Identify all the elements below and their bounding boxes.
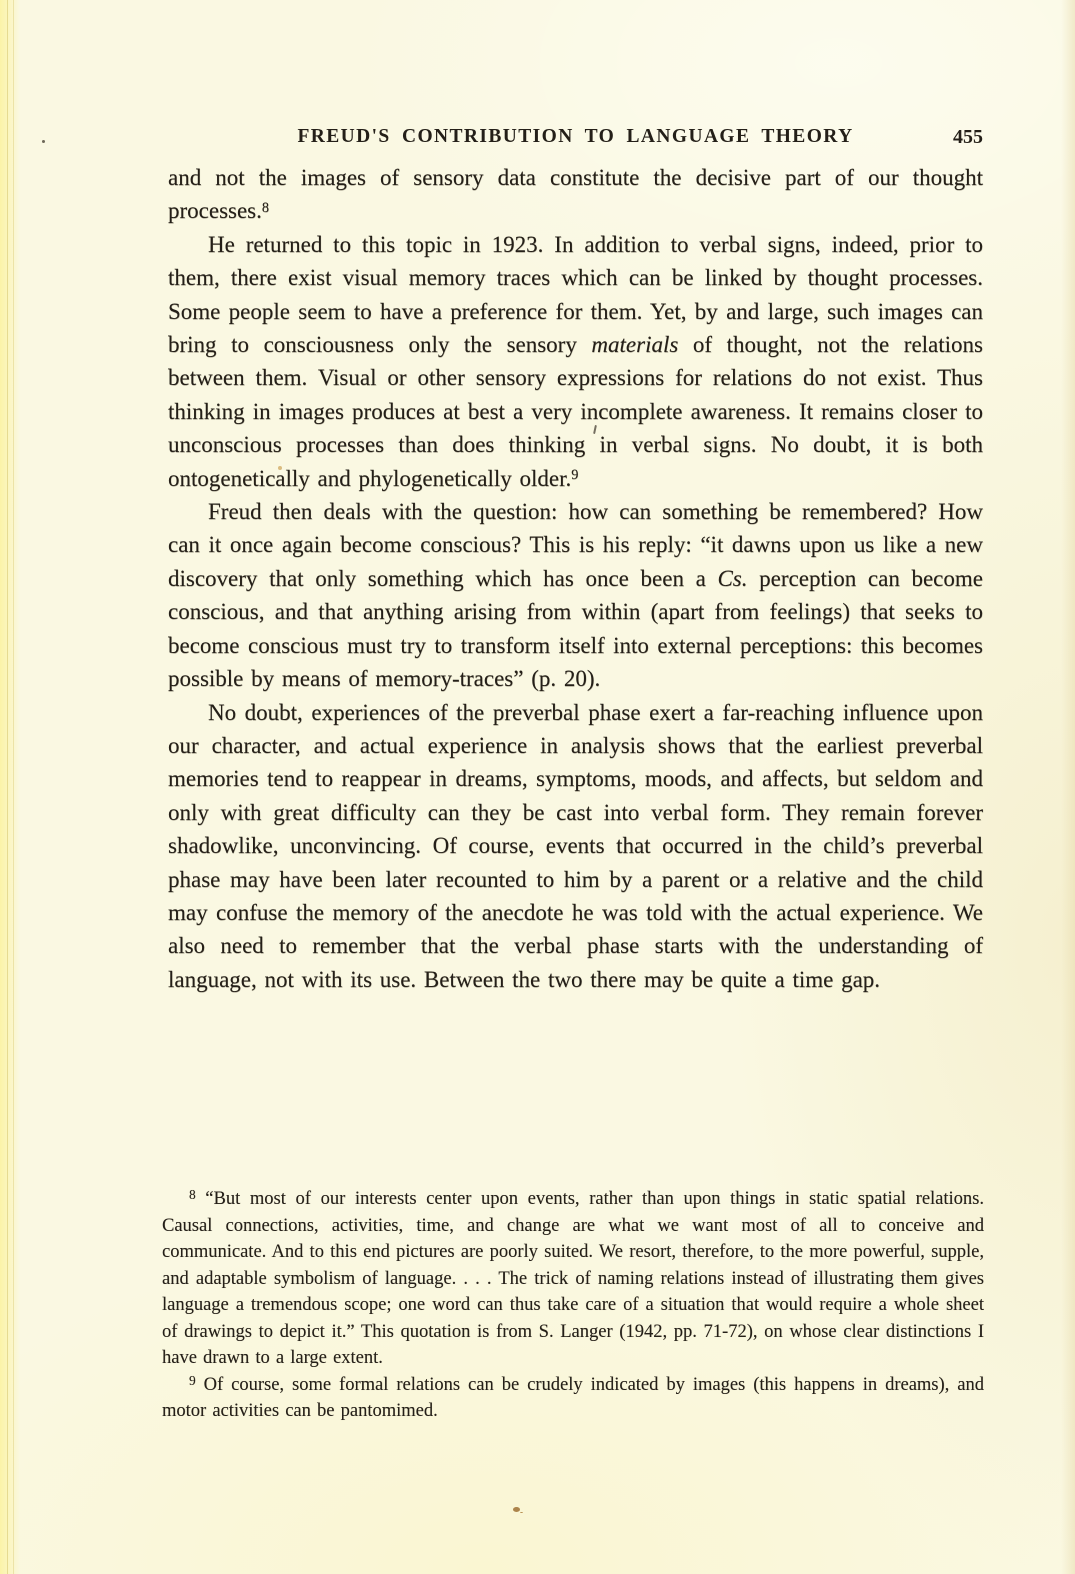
footnote-text: Of course, some formal relations can be … bbox=[162, 1375, 984, 1422]
emphasized-text: Cs. bbox=[717, 566, 747, 591]
page-edge-line bbox=[7, 0, 8, 1574]
page-right-edge bbox=[1061, 0, 1075, 1574]
paragraph: He returned to this topic in 1923. In ad… bbox=[168, 228, 983, 495]
footnote-reference-9: 9 bbox=[571, 467, 578, 483]
footnote: 8 “But most of our interests center upon… bbox=[162, 1186, 984, 1372]
body-text: and not the images of sensory data const… bbox=[168, 161, 983, 996]
paragraph: No doubt, experiences of the preverbal p… bbox=[168, 696, 983, 997]
page-edge-line bbox=[13, 0, 14, 1574]
footnote-number: 9 bbox=[189, 1373, 196, 1388]
stain-speck bbox=[42, 140, 45, 143]
stain-speck bbox=[513, 1507, 520, 1512]
page-left-edge bbox=[0, 0, 20, 1574]
footnote-text: “But most of our interests center upon e… bbox=[162, 1189, 984, 1368]
paragraph: Freud then deals with the question: how … bbox=[168, 495, 983, 695]
footnote: 9 Of course, some formal relations can b… bbox=[162, 1372, 984, 1425]
paragraph-text: No doubt, experiences of the preverbal p… bbox=[168, 700, 983, 992]
footnote-number: 8 bbox=[189, 1187, 196, 1202]
stain-speck bbox=[278, 466, 282, 470]
footnotes-section: 8 “But most of our interests center upon… bbox=[162, 1186, 984, 1425]
page-number: 455 bbox=[168, 126, 983, 149]
paragraph-text: and not the images of sensory data const… bbox=[168, 165, 983, 223]
emphasized-text: materials bbox=[591, 332, 678, 357]
footnote-reference-8: 8 bbox=[262, 200, 269, 216]
scanned-book-page: FREUD'S CONTRIBUTION TO LANGUAGE THEORY … bbox=[0, 0, 1075, 1574]
paragraph: and not the images of sensory data const… bbox=[168, 161, 983, 228]
